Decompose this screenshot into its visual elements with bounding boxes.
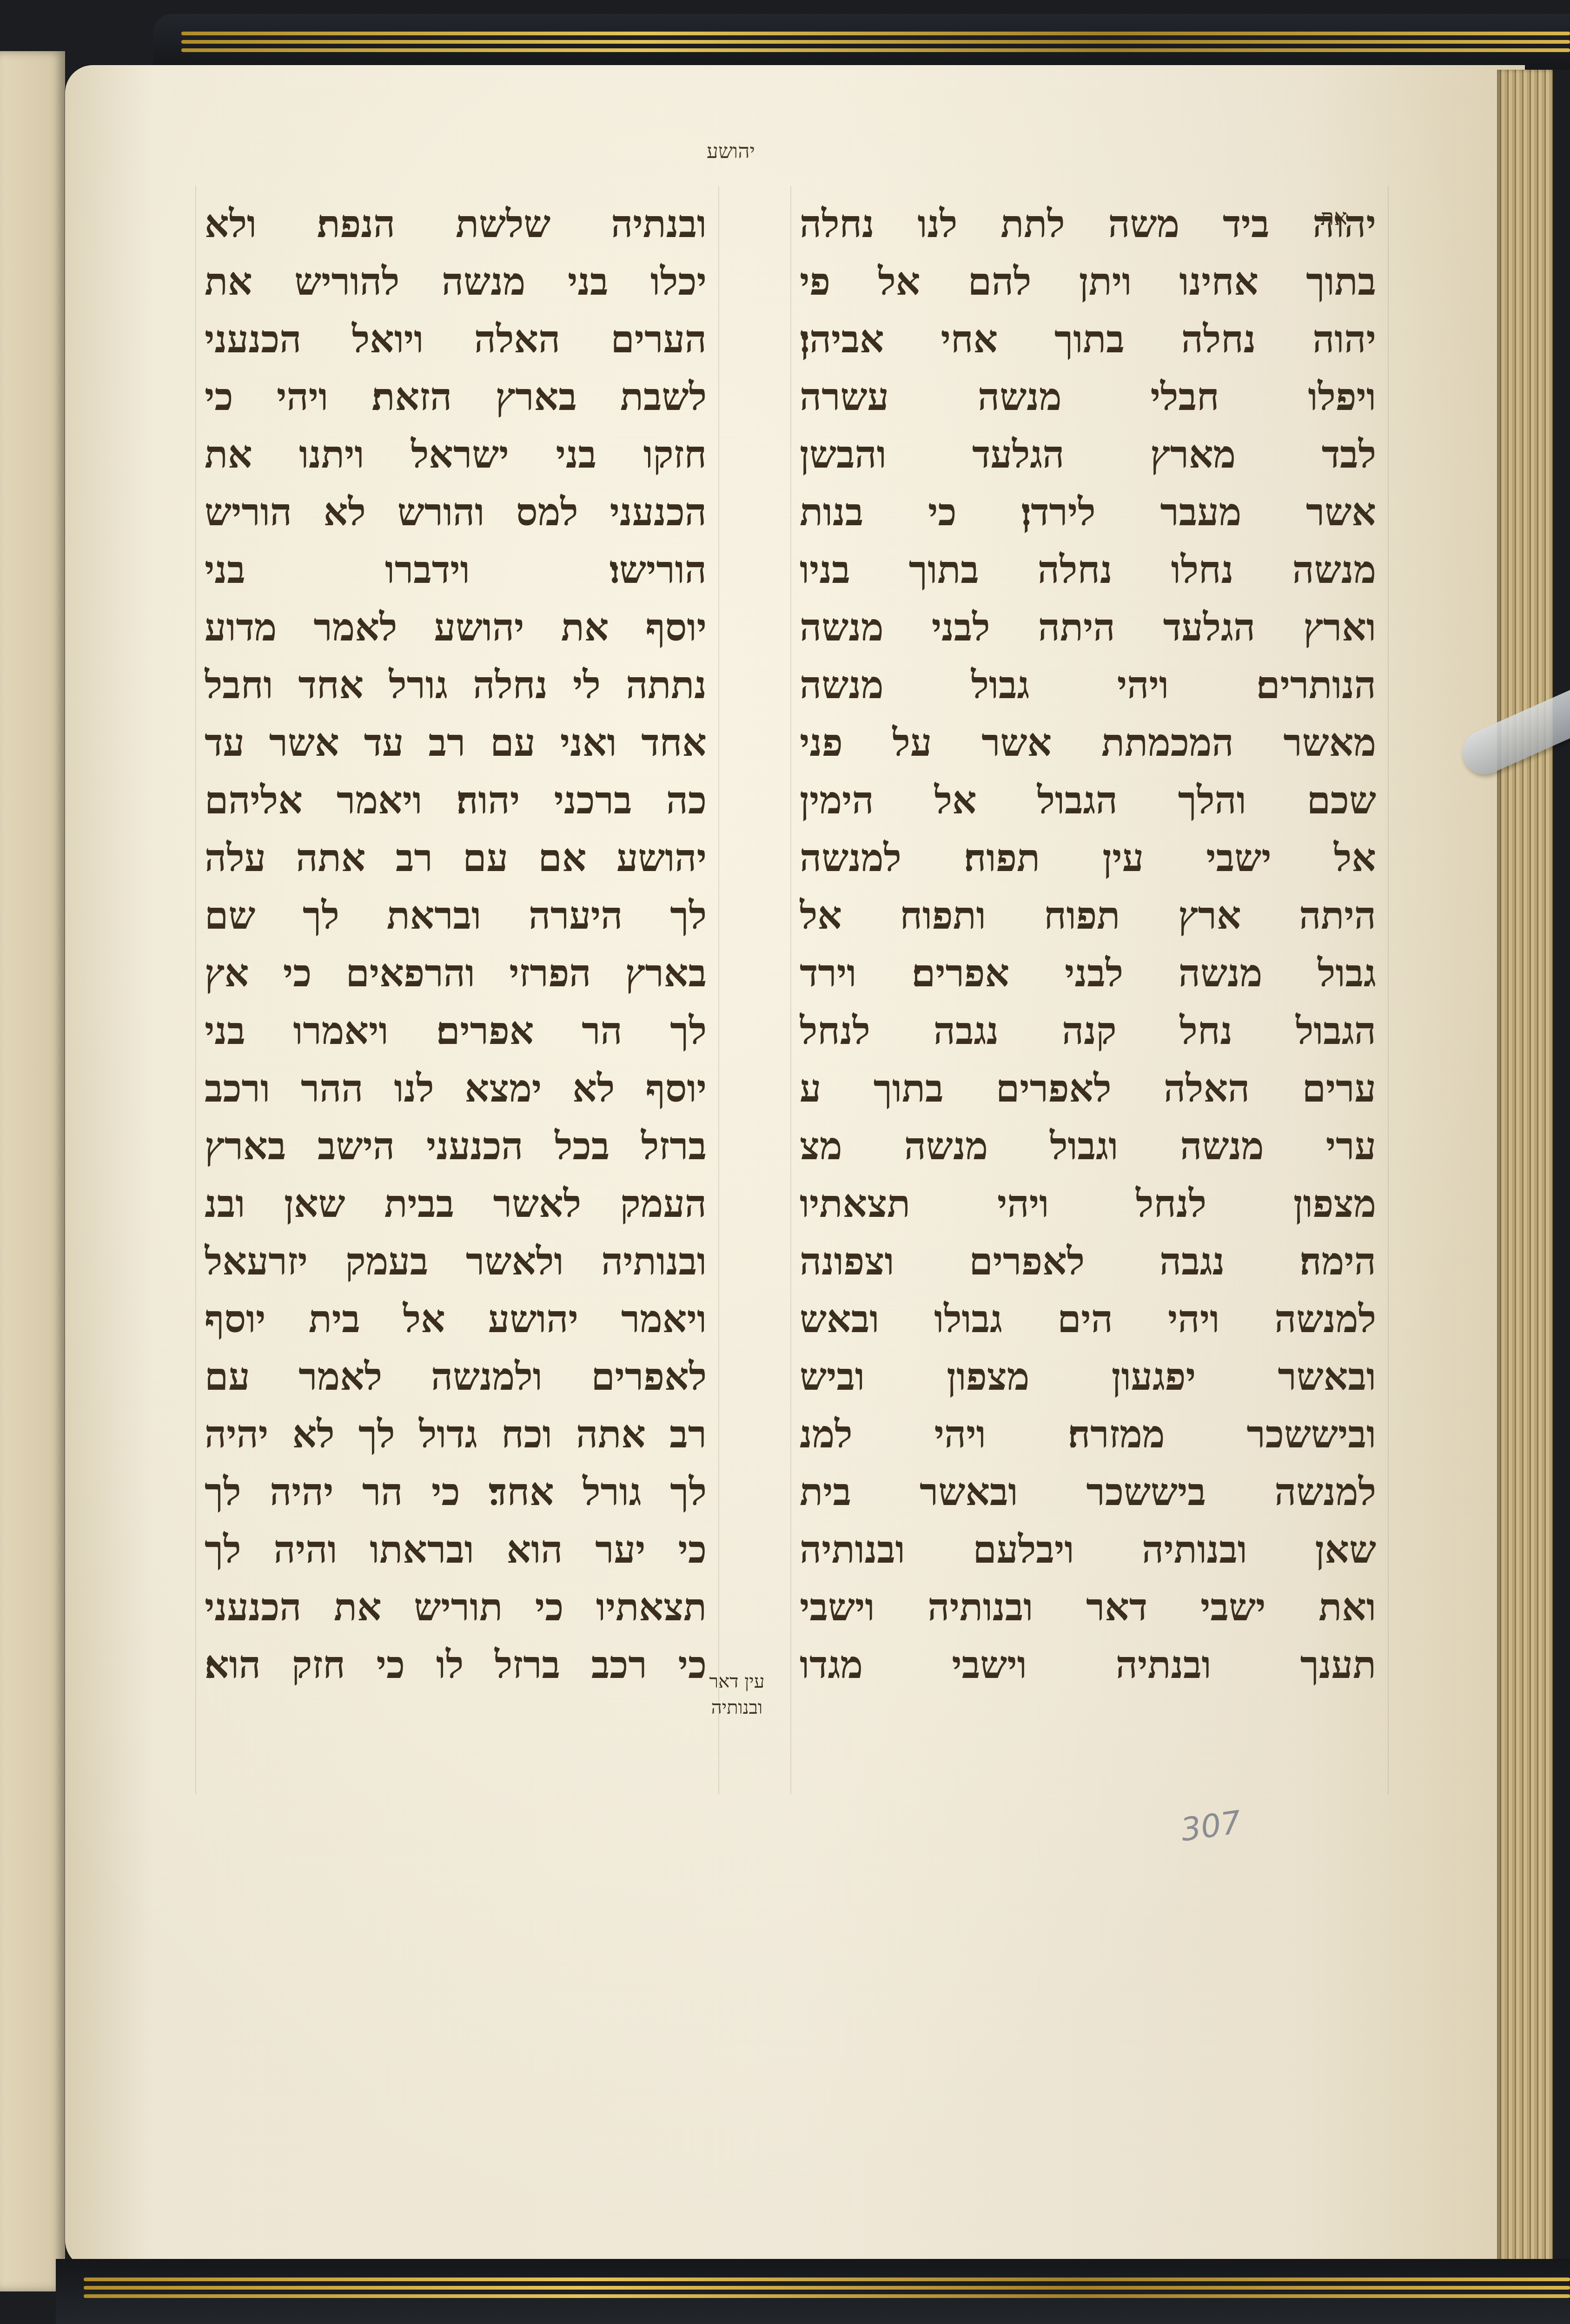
text-line: וארץ הגלעד היתה לבני מנשה bbox=[800, 599, 1376, 656]
text-line: תענך ובנתיה וישבי מגדו bbox=[800, 1636, 1376, 1694]
text-line: שאן ובנותיה ויבלעם ובנותיה bbox=[800, 1521, 1376, 1578]
text-line: אל ישבי עין תפוח׃ למנשה bbox=[800, 829, 1376, 887]
text-line: יוסף את יהושע לאמר מדוע bbox=[205, 599, 707, 656]
text-line: ערים האלה לאפרים בתוך ע bbox=[800, 1060, 1376, 1117]
text-line: אשר מעבר לירדן׃ כי בנות bbox=[800, 483, 1376, 541]
text-line: הגבול נחל קנה נגבה לנחל bbox=[800, 1002, 1376, 1060]
text-line: למנשה ביששכר ובאשר בית bbox=[800, 1463, 1376, 1521]
text-line: לשבת בארץ הזאת׃ ויהי כי bbox=[205, 368, 707, 426]
text-line: הימה׃ נגבה לאפרים וצפונה bbox=[800, 1233, 1376, 1290]
text-line: גבול מנשה לבני אפרים׃ וירד bbox=[800, 944, 1376, 1002]
running-header: יהושע bbox=[707, 139, 755, 163]
text-line: הנותרים׃ ויהי גבול מנשה bbox=[800, 656, 1376, 714]
text-line: לאפרים ולמנשה לאמר עם bbox=[205, 1348, 707, 1406]
text-line: יהושע אם עם רב אתה עלה bbox=[205, 829, 707, 887]
gold-tooling-lines bbox=[84, 2273, 1570, 2301]
text-line: תצאתיו כי תוריש את הכנעני bbox=[205, 1578, 707, 1636]
text-line: ויאמר יהושע אל בית יוסף bbox=[205, 1290, 707, 1348]
text-line: נתתה לי נחלה גורל אחד וחבל bbox=[205, 656, 707, 714]
book-binding-top bbox=[153, 14, 1570, 70]
text-line: הורישו׃ וידברו בני bbox=[205, 541, 707, 599]
text-line: מאשר המכמתת אשר על פני bbox=[800, 714, 1376, 772]
text-line: אחד ואני עם רב עד אשר עד bbox=[205, 714, 707, 772]
marginal-note-line: עין דאר bbox=[688, 1669, 786, 1695]
book-binding-bottom bbox=[56, 2259, 1570, 2324]
text-line: כי יער הוא ובראתו והיה לך bbox=[205, 1521, 707, 1578]
text-line: יכלו בני מנשה להוריש את bbox=[205, 253, 707, 310]
text-line: הכנעני למס והורש לא הוריש bbox=[205, 483, 707, 541]
marginal-note-endor: עין דאר ובנותיה bbox=[688, 1669, 786, 1721]
marginal-note-line: ובנותיה bbox=[688, 1695, 786, 1721]
text-line: מנשה נחלו נחלה בתוך בניו bbox=[800, 541, 1376, 599]
ruling-line bbox=[790, 186, 791, 1794]
text-line: ברזל בכל הכנעני הישב בארץ bbox=[205, 1117, 707, 1175]
text-line: לבד מארץ הגלעד והבשן bbox=[800, 426, 1376, 483]
ruling-line bbox=[195, 186, 196, 1794]
text-line: ויפלו חבלי מנשה עשרה bbox=[800, 368, 1376, 426]
text-line: ובנתיה שלשת הנפת׃ ולא bbox=[205, 195, 707, 253]
text-line: ובנותיה ולאשר בעמק יזרעאל bbox=[205, 1233, 707, 1290]
text-line: היתה ארץ תפוח ותפוח אל bbox=[800, 887, 1376, 944]
text-line: מצפון לנחל ויהי תצאתיו bbox=[800, 1175, 1376, 1233]
text-line: כי רכב ברזל לו כי חזק הוא׃ bbox=[205, 1636, 707, 1694]
text-line: בתוך אחינו ויתן להם אל פי bbox=[800, 253, 1376, 310]
text-line: וביששכר ממזרח׃ ויהי למנ bbox=[800, 1406, 1376, 1463]
text-column-right: יהוה ביד משה לתת לנו נחלהבתוך אחינו ויתן… bbox=[800, 195, 1376, 1694]
text-line: ובאשר יפגעון מצפון וביש bbox=[800, 1348, 1376, 1406]
text-line: הערים האלה ויואל הכנעני bbox=[205, 310, 707, 368]
facing-page-edge bbox=[0, 51, 65, 2291]
text-line: כה ברכני יהוה׃ ויאמר אליהם bbox=[205, 772, 707, 829]
ruling-line bbox=[718, 186, 719, 1794]
text-line: יוסף לא ימצא לנו ההר ורכב bbox=[205, 1060, 707, 1117]
text-line: העמק לאשר בבית שאן ובנ bbox=[205, 1175, 707, 1233]
text-line: בארץ הפרזי והרפאים כי אץ bbox=[205, 944, 707, 1002]
text-line: שכם והלך הגבול אל הימין bbox=[800, 772, 1376, 829]
page-fore-edges bbox=[1497, 70, 1553, 2264]
text-line: לך היערה ובראת לך שם bbox=[205, 887, 707, 944]
gold-tooling-lines bbox=[181, 27, 1570, 55]
text-column-left: ובנתיה שלשת הנפת׃ ולאיכלו בני מנשה להורי… bbox=[205, 195, 707, 1694]
text-line: רב אתה וכח גדול לך לא יהיה bbox=[205, 1406, 707, 1463]
text-line: לך גורל אחד׃ כי הר יהיה לך bbox=[205, 1463, 707, 1521]
text-line: ואת ישבי דאר ובנותיה וישבי bbox=[800, 1578, 1376, 1636]
text-line: יהוה נחלה בתוך אחי אביהן׃ bbox=[800, 310, 1376, 368]
text-line: לך הר אפרים׃ ויאמרו בני bbox=[205, 1002, 707, 1060]
text-line: יהוה ביד משה לתת לנו נחלה bbox=[800, 195, 1376, 253]
text-line: חזקו בני ישראל ויתנו את bbox=[205, 426, 707, 483]
text-line: ערי מנשה וגבול מנשה מצ bbox=[800, 1117, 1376, 1175]
ruling-line bbox=[1388, 186, 1389, 1794]
text-line: למנשה ויהי הים גבולו ובאש bbox=[800, 1290, 1376, 1348]
